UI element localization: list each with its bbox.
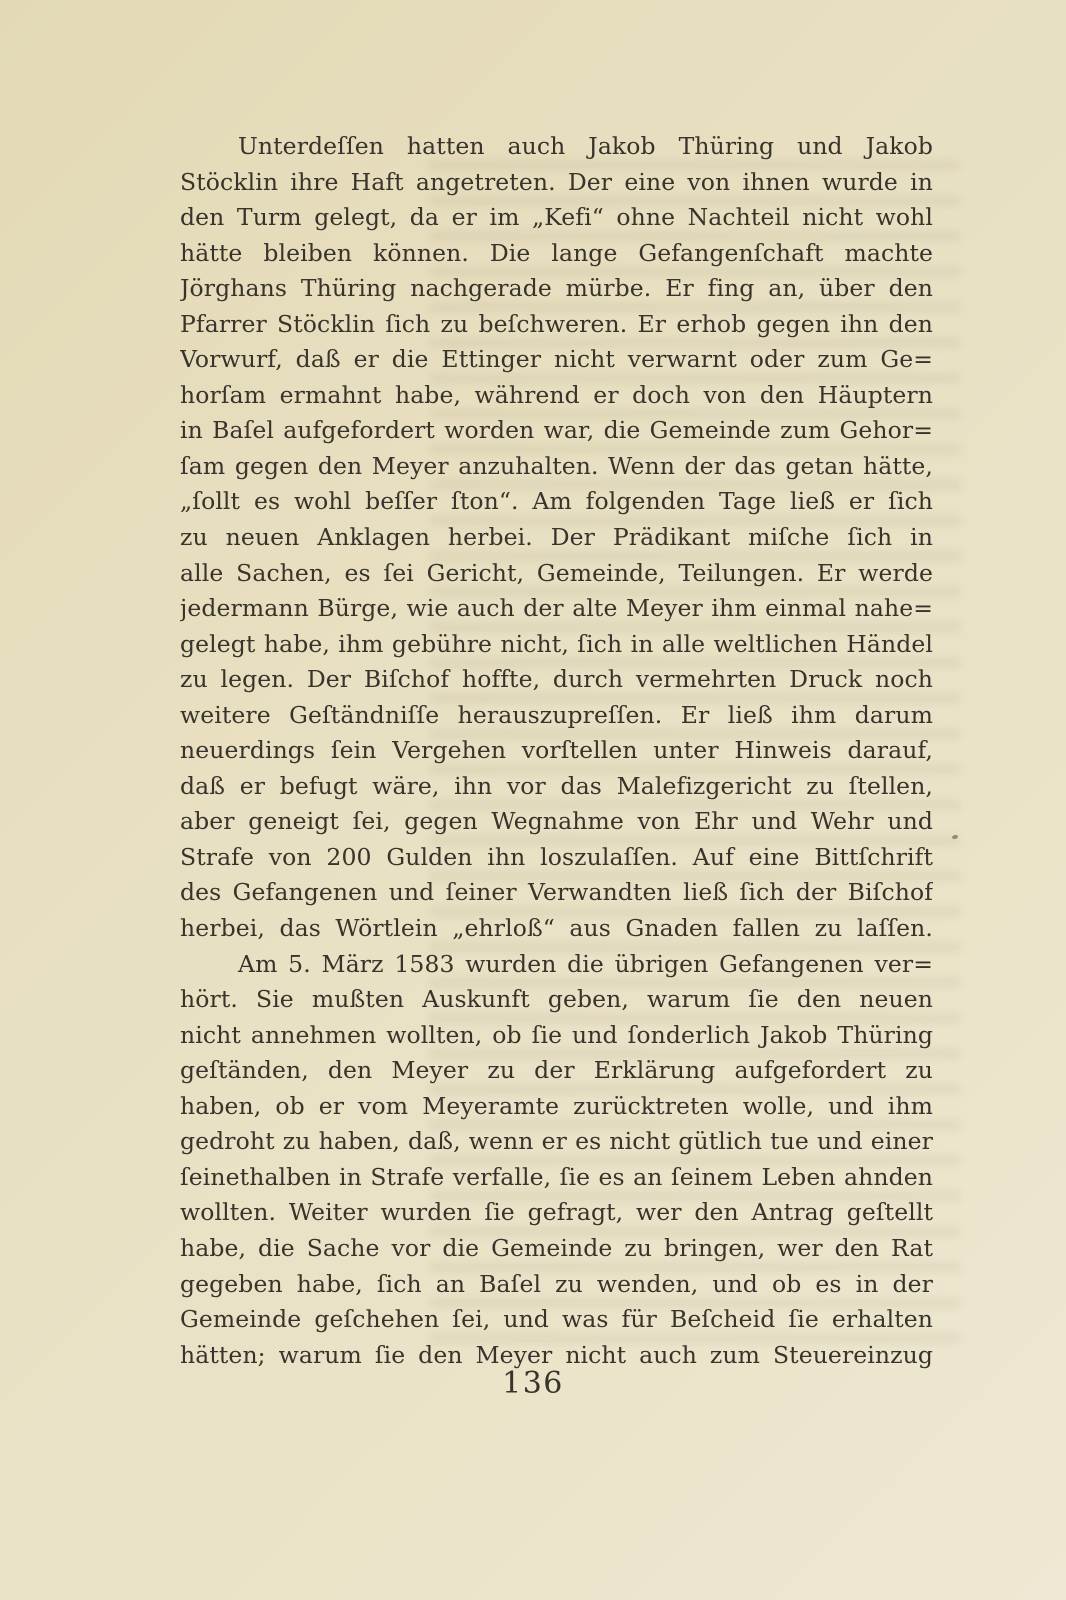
text-line: Am 5. März 1583 wurden die übrigen Gefan… [180,947,933,983]
book-page: Unterdeſſen hatten auch Jakob Thüring un… [0,0,1066,1600]
paper-speck [952,834,959,839]
text-line: „ſollt es wohl beſſer ſton“. Am folgende… [180,484,933,520]
text-line: haben, ob er vom Meyeramte zurücktreten … [180,1089,933,1125]
text-line: wollten. Weiter wurden ſie gefragt, wer … [180,1195,933,1231]
text-line: geſtänden, den Meyer zu der Erklärung au… [180,1053,933,1089]
text-line: gedroht zu haben, daß, wenn er es nicht … [180,1124,933,1160]
text-line: daß er befugt wäre, ihn vor das Malefizg… [180,769,933,805]
page-number: 136 [0,1366,1066,1401]
text-line: Strafe von 200 Gulden ihn loszulaſſen. A… [180,840,933,876]
page-text-block: Unterdeſſen hatten auch Jakob Thüring un… [180,129,933,1373]
text-line: alle Sachen, es ſei Gericht, Gemeinde, T… [180,556,933,592]
text-line: aber geneigt ſei, gegen Wegnahme von Ehr… [180,804,933,840]
text-line: ſeinethalben in Strafe verfalle, ſie es … [180,1160,933,1196]
text-line: Stöcklin ihre Haft angetreten. Der eine … [180,165,933,201]
text-line: gelegt habe, ihm gebühre nicht, ſich in … [180,627,933,663]
text-line: nicht annehmen wollten, ob ſie und ſonde… [180,1018,933,1054]
text-line: weitere Geſtändniſſe herauszupreſſen. Er… [180,698,933,734]
text-line: habe, die Sache vor die Gemeinde zu brin… [180,1231,933,1267]
text-line: des Gefangenen und ſeiner Verwandten lie… [180,875,933,911]
text-line: Vorwurf, daß er die Ettinger nicht verwa… [180,342,933,378]
text-line: zu legen. Der Biſchof hoffte, durch verm… [180,662,933,698]
text-line: hätte bleiben können. Die lange Gefangen… [180,236,933,272]
text-line: ſam gegen den Meyer anzuhalten. Wenn der… [180,449,933,485]
text-line: horſam ermahnt habe, während er doch von… [180,378,933,414]
text-line: Gemeinde geſchehen ſei, und was für Beſc… [180,1302,933,1338]
text-line: Jörghans Thüring nachgerade mürbe. Er fi… [180,271,933,307]
text-line: hört. Sie mußten Auskunft geben, warum ſ… [180,982,933,1018]
text-line: zu neuen Anklagen herbei. Der Prädikant … [180,520,933,556]
text-line: neuerdings ſein Vergehen vorſtellen unte… [180,733,933,769]
text-line: Unterdeſſen hatten auch Jakob Thüring un… [180,129,933,165]
text-line: den Turm gelegt, da er im „Kefi“ ohne Na… [180,200,933,236]
text-line: jedermann Bürge, wie auch der alte Meyer… [180,591,933,627]
text-line: Pfarrer Stöcklin ſich zu beſchweren. Er … [180,307,933,343]
text-line: herbei, das Wörtlein „ehrloß“ aus Gnaden… [180,911,933,947]
text-line: gegeben habe, ſich an Baſel zu wenden, u… [180,1267,933,1303]
text-line: in Baſel aufgefordert worden war, die Ge… [180,413,933,449]
